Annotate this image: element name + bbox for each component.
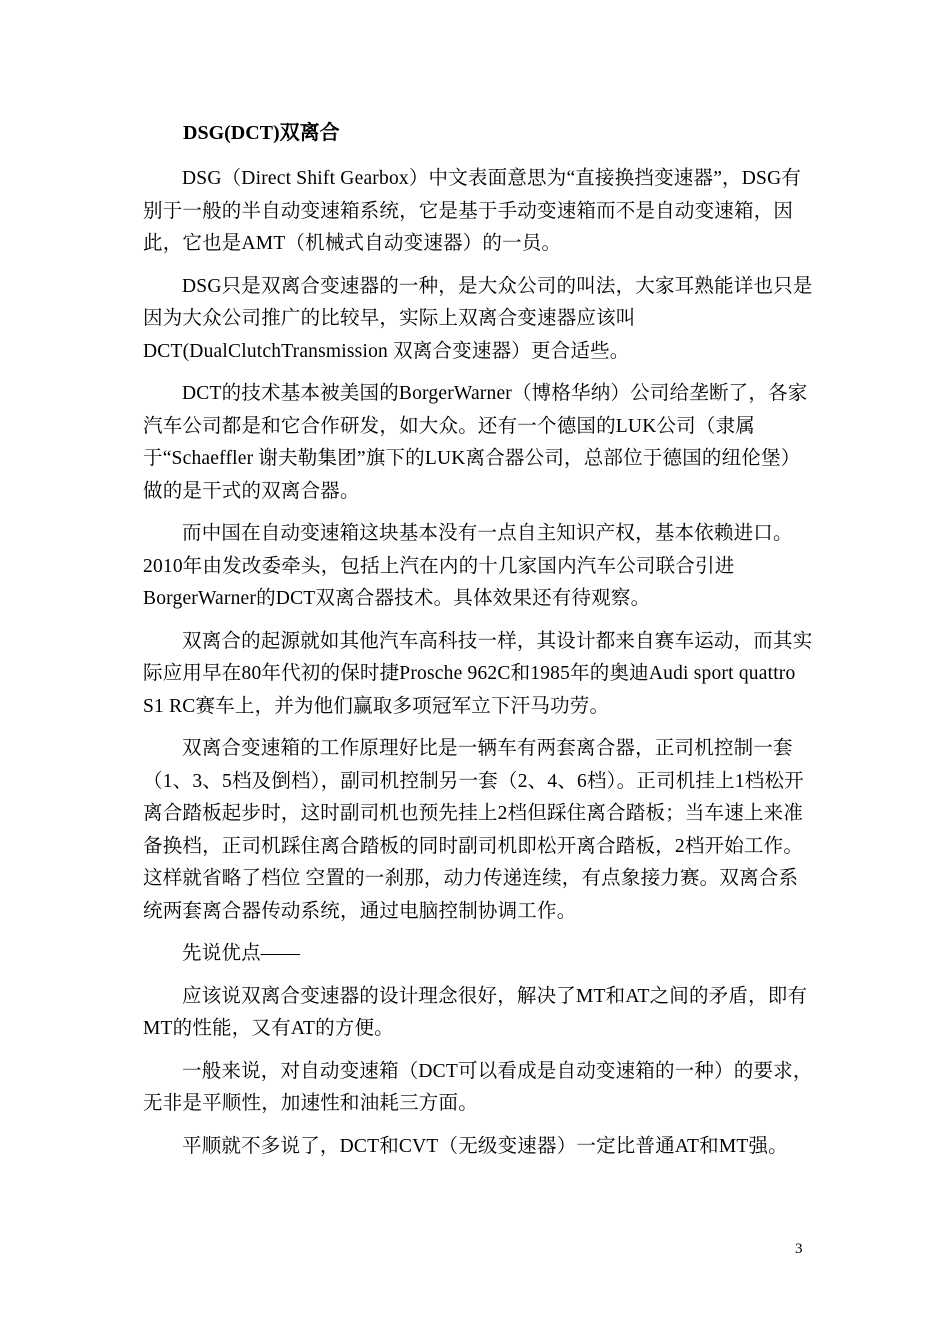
- paragraph-dsg-meaning: DSG（Direct Shift Gearbox）中文表面意思为“直接换挡变速器…: [143, 163, 813, 261]
- document-page: DSG(DCT)双离合 DSG（Direct Shift Gearbox）中文表…: [0, 0, 950, 1344]
- paragraph-mt-at-balance: 应该说双离合变速器的设计理念很好，解决了MT和AT之间的矛盾，即有MT的性能，又…: [143, 981, 813, 1046]
- document-heading: DSG(DCT)双离合: [143, 121, 813, 146]
- paragraph-china-import: 而中国在自动变速箱这块基本没有一点自主知识产权，基本依赖进口。2010年由发改委…: [143, 518, 813, 616]
- paragraph-dsg-vs-dct: DSG只是双离合变速器的一种，是大众公司的叫法，大家耳熟能详也只是因为大众公司推…: [143, 271, 813, 369]
- paragraph-racing-origin: 双离合的起源就如其他汽车高科技一样，其设计都来自赛车运动，而其实际应用早在80年…: [143, 626, 813, 724]
- document-body: DSG(DCT)双离合 DSG（Direct Shift Gearbox）中文表…: [143, 121, 813, 1173]
- paragraph-advantages-intro: 先说优点——: [143, 938, 813, 971]
- paragraph-three-requirements: 一般来说，对自动变速箱（DCT可以看成是自动变速箱的一种）的要求，无非是平顺性，…: [143, 1056, 813, 1121]
- paragraph-working-principle: 双离合变速箱的工作原理好比是一辆车有两套离合器，正司机控制一套（1、3、5档及倒…: [143, 733, 813, 928]
- paragraph-borgerwarner-luk: DCT的技术基本被美国的BorgerWarner（博格华纳）公司给垄断了，各家汽…: [143, 378, 813, 508]
- page-number: 3: [795, 1240, 803, 1258]
- paragraph-smoothness: 平顺就不多说了，DCT和CVT（无级变速器）一定比普通AT和MT强。: [143, 1131, 813, 1164]
